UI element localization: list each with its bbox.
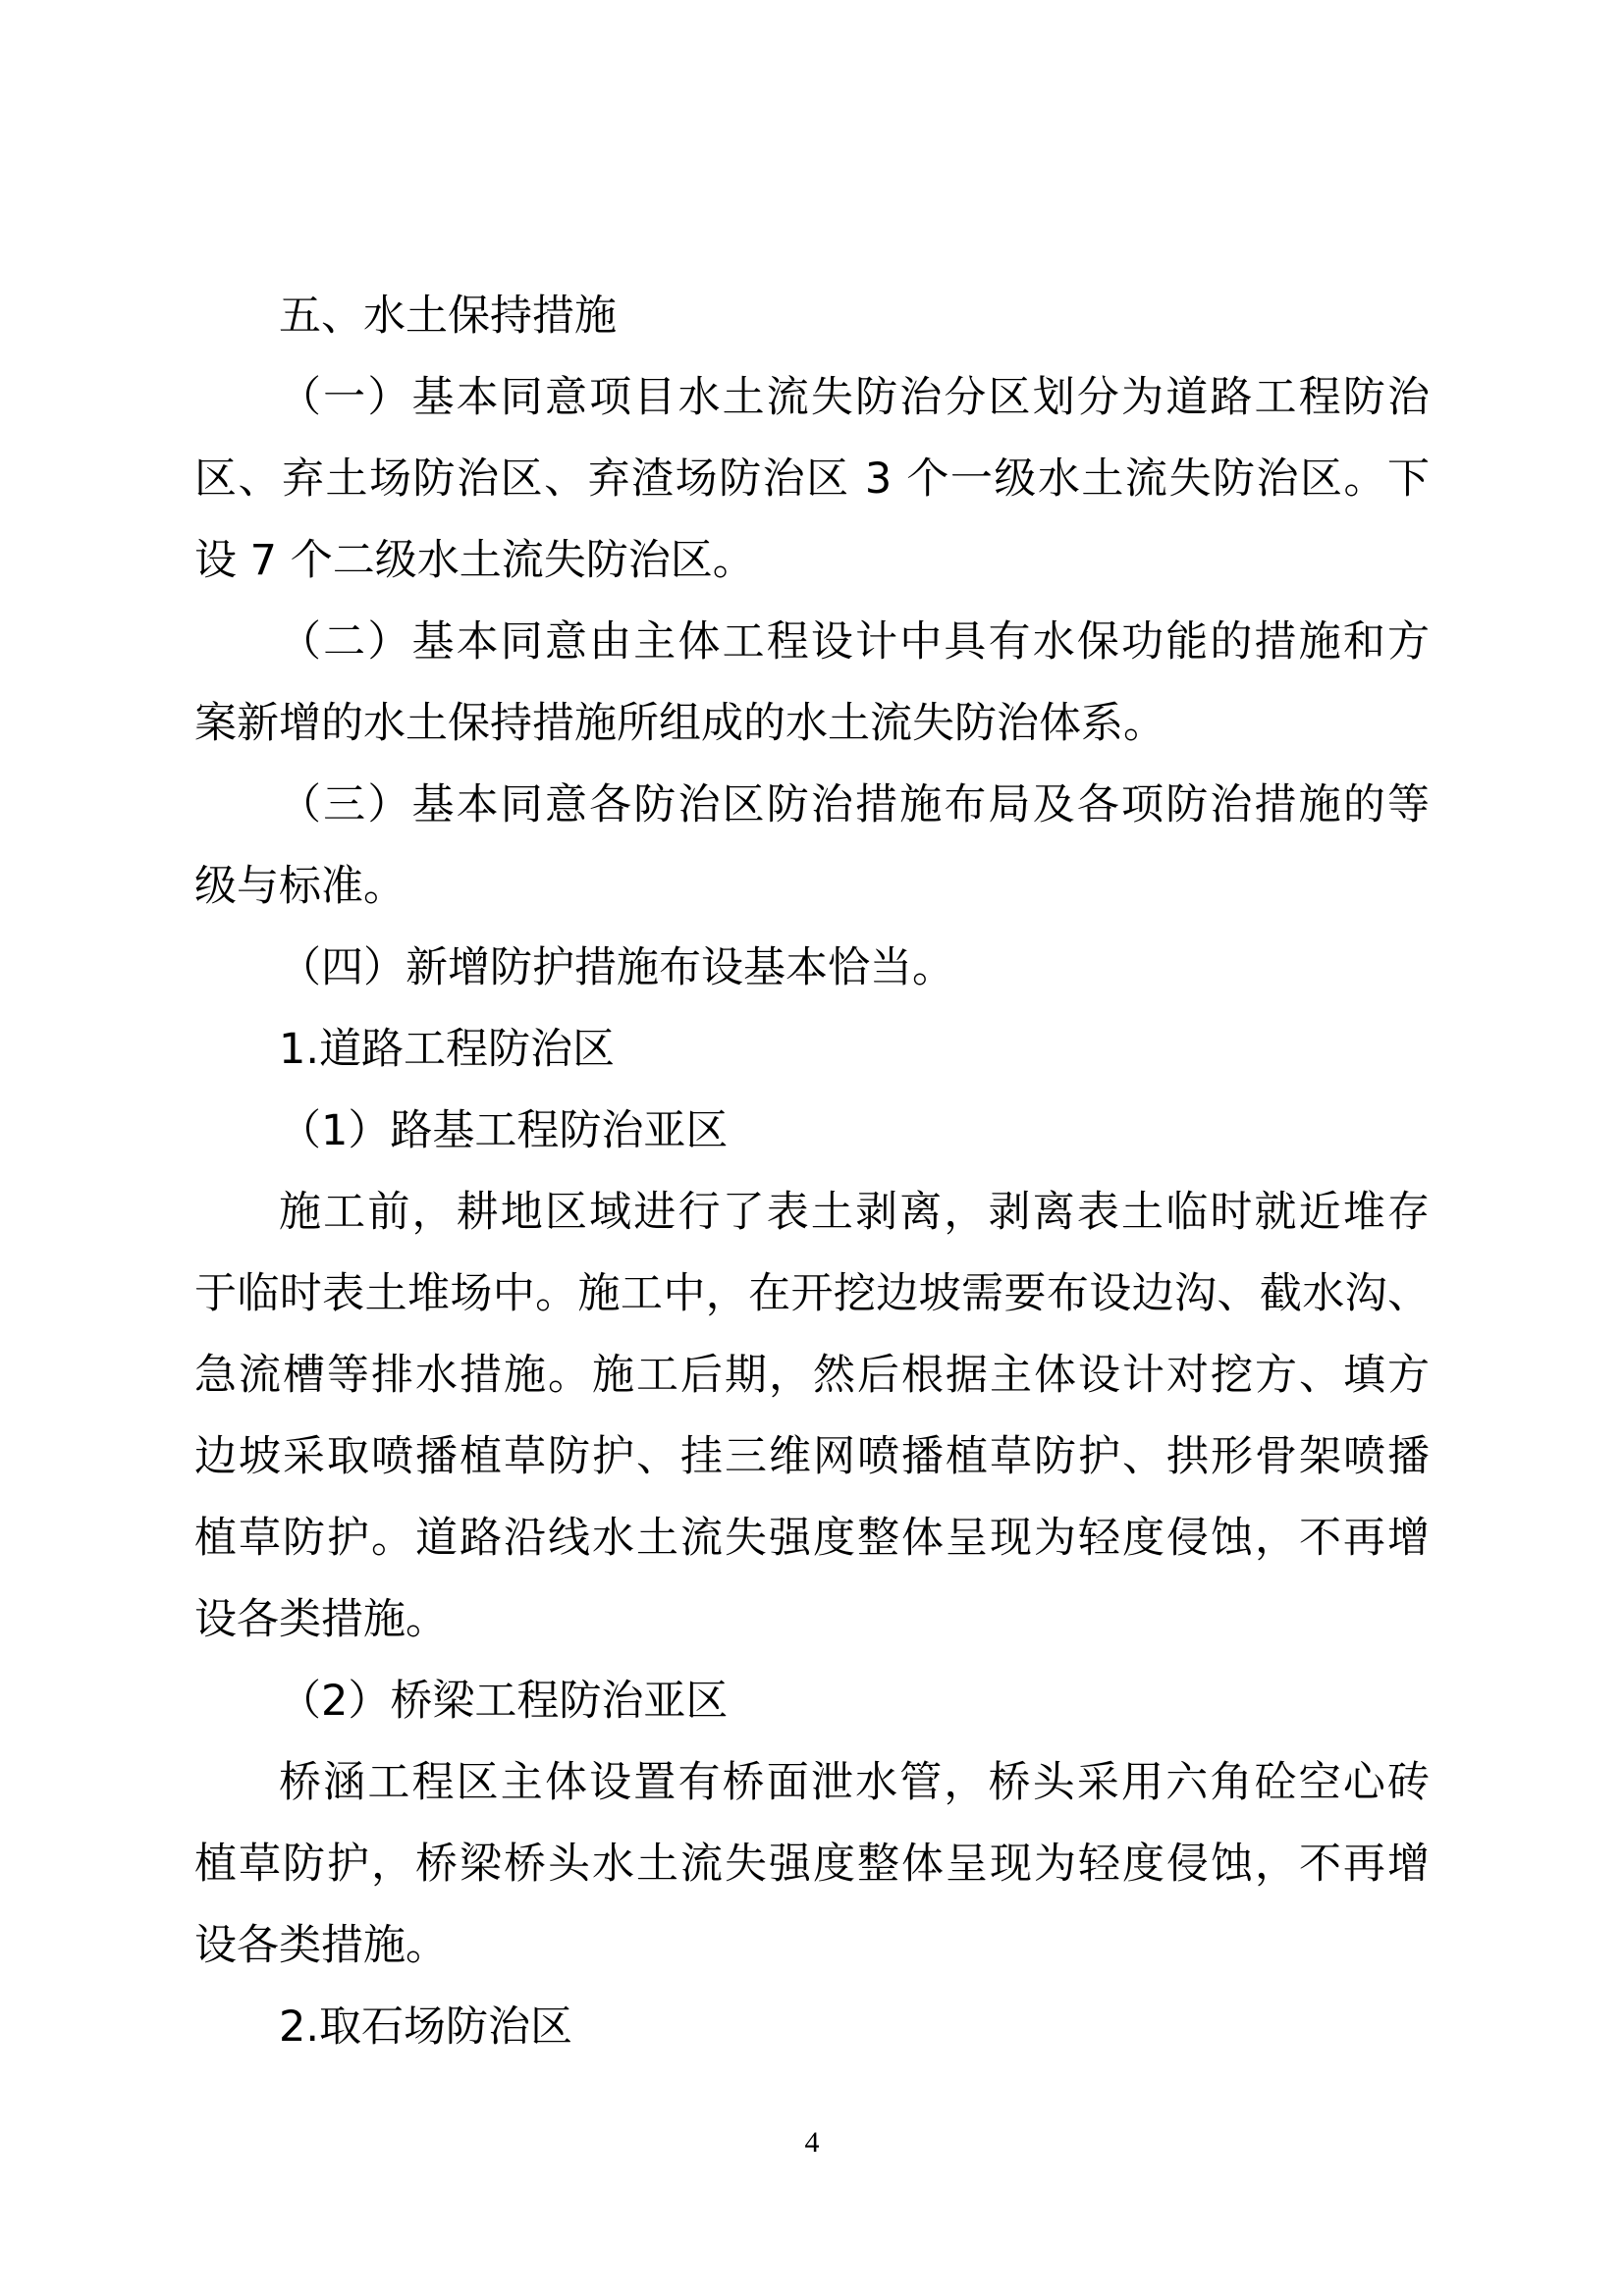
text-line: 植草防护。道路沿线水土流失强度整体呈现为轻度侵蚀，不再增 — [194, 1498, 1430, 1579]
text-line: 急流槽等排水措施。施工后期，然后根据主体设计对挖方、填方 — [194, 1335, 1430, 1416]
text-line: 案新增的水土保持措施所组成的水土流失防治体系。 — [194, 683, 1430, 765]
text-line: 施工前，耕地区域进行了表土剥离，剥离表土临时就近堆存 — [194, 1172, 1430, 1254]
text-line: 设各类措施。 — [194, 1579, 1430, 1661]
text-line: 设各类措施。 — [194, 1905, 1430, 1987]
text-line: 2.取石场防治区 — [194, 1987, 1430, 2068]
text-line: 桥涵工程区主体设置有桥面泄水管，桥头采用六角砼空心砖 — [194, 1742, 1430, 1824]
document-page: 五、水土保持措施（一）基本同意项目水土流失防治分区划分为道路工程防治区、弃土场防… — [0, 0, 1624, 2296]
text-line: 植草防护，桥梁桥头水土流失强度整体呈现为轻度侵蚀，不再增 — [194, 1824, 1430, 1905]
text-line: 设 7 个二级水土流失防治区。 — [194, 520, 1430, 602]
text-line: （一）基本同意项目水土流失防治分区划分为道路工程防治 — [194, 357, 1430, 439]
text-line: （二）基本同意由主体工程设计中具有水保功能的措施和方 — [194, 602, 1430, 683]
text-line: （1）路基工程防治亚区 — [194, 1091, 1430, 1172]
text-line: 级与标准。 — [194, 846, 1430, 928]
text-line: 1.道路工程防治区 — [194, 1009, 1430, 1091]
text-line: （四）新增防护措施布设基本恰当。 — [194, 928, 1430, 1009]
text-line: （2）桥梁工程防治亚区 — [194, 1661, 1430, 1742]
page-number: 4 — [0, 2123, 1624, 2163]
document-body: 五、水土保持措施（一）基本同意项目水土流失防治分区划分为道路工程防治区、弃土场防… — [194, 276, 1430, 2068]
text-line: 区、弃土场防治区、弃渣场防治区 3 个一级水土流失防治区。下 — [194, 439, 1430, 520]
text-line: 于临时表土堆场中。施工中，在开挖边坡需要布设边沟、截水沟、 — [194, 1254, 1430, 1335]
text-line: 五、水土保持措施 — [194, 276, 1430, 357]
text-line: 边坡采取喷播植草防护、挂三维网喷播植草防护、拱形骨架喷播 — [194, 1416, 1430, 1498]
text-line: （三）基本同意各防治区防治措施布局及各项防治措施的等 — [194, 765, 1430, 846]
